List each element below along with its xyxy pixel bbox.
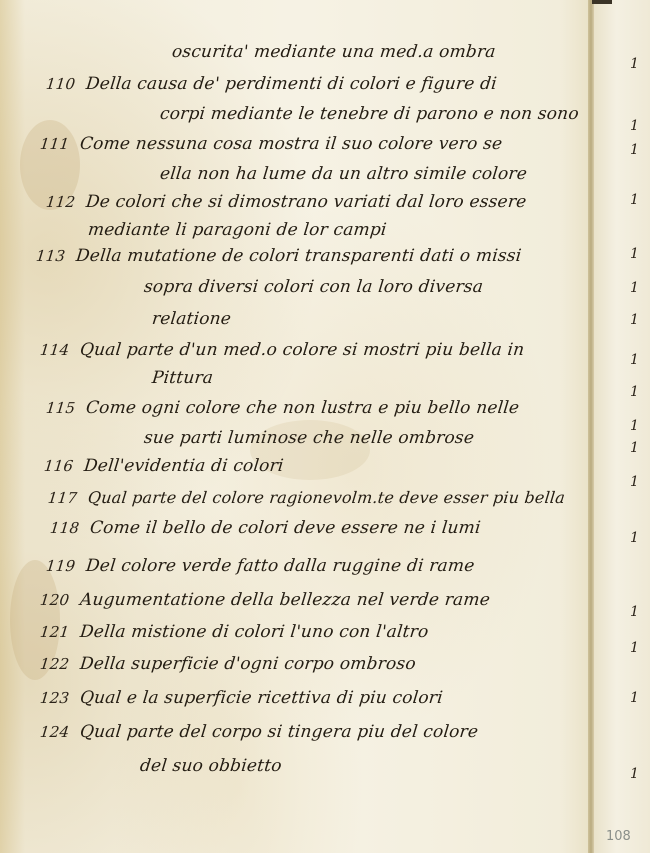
facing-page-number-stub: 1 xyxy=(630,418,639,434)
entry-continuation-line: del suo obbietto xyxy=(139,756,283,776)
entry-text: Qual parte del colore ragionevolm.te dev… xyxy=(87,488,566,507)
entry-text: Della causa de' perdimenti di colori e f… xyxy=(85,74,498,94)
entry-number: 112 xyxy=(45,193,87,211)
facing-page-number-stub: 1 xyxy=(630,118,639,134)
entry-number: 111 xyxy=(39,135,81,153)
entry-number: 116 xyxy=(43,457,85,475)
entry-continuation-line: corpi mediante le tenebre di parono e no… xyxy=(159,104,580,124)
entry-continuation-line: relatione xyxy=(151,309,232,329)
entry-continuation-line: mediante li paragoni de lor campi xyxy=(87,220,388,240)
entry-number: 118 xyxy=(49,519,91,537)
index-entry: 114Qual parte d'un med.o colore si mostr… xyxy=(39,340,525,360)
entry-continuation-line: oscurita' mediante una med.a ombra xyxy=(171,42,497,62)
entry-text: Come nessuna cosa mostra il suo colore v… xyxy=(79,134,503,154)
entry-number: 113 xyxy=(35,247,77,265)
index-entry: 118Come il bello de colori deve essere n… xyxy=(49,518,482,538)
index-entry: 111Come nessuna cosa mostra il suo color… xyxy=(39,134,503,154)
entry-number: 123 xyxy=(39,689,81,707)
index-entry: 122Della superficie d'ogni corpo ombroso xyxy=(39,654,417,674)
entry-continuation-line: sue parti luminose che nelle ombrose xyxy=(143,428,475,448)
facing-page-number-stub: 1 xyxy=(630,312,639,328)
entry-text: Dell'evidentia di colori xyxy=(83,456,285,476)
index-entry: 121Della mistione di colori l'uno con l'… xyxy=(39,622,430,642)
entry-text: Del colore verde fatto dalla ruggine di … xyxy=(85,556,476,576)
entry-text: Della superficie d'ogni corpo ombroso xyxy=(79,654,417,674)
entry-text: Qual parte d'un med.o colore si mostri p… xyxy=(79,340,525,360)
facing-page-number-stub: 1 xyxy=(630,142,639,158)
facing-page-number-stub: 1 xyxy=(630,766,639,782)
facing-page-edge xyxy=(594,0,650,853)
entry-number: 120 xyxy=(39,591,81,609)
index-entry: 113Della mutatione de colori transparent… xyxy=(35,246,522,266)
binding-shadow xyxy=(592,0,612,4)
facing-page-number-stub: 1 xyxy=(630,690,639,706)
entry-text: Della mistione di colori l'uno con l'alt… xyxy=(79,622,430,642)
index-entry: 115Come ogni colore che non lustra e piu… xyxy=(45,398,520,418)
index-entry: 123Qual e la superficie ricettiva di piu… xyxy=(39,688,444,708)
entry-continuation-line: Pittura xyxy=(151,368,214,388)
facing-page-number-stub: 1 xyxy=(630,604,639,620)
entry-text: Qual e la superficie ricettiva di piu co… xyxy=(79,688,444,708)
entry-text: Come il bello de colori deve essere ne i… xyxy=(89,518,482,538)
facing-page-number-stub: 1 xyxy=(630,530,639,546)
entry-number: 122 xyxy=(39,655,81,673)
index-entry: 120Augumentatione della bellezza nel ver… xyxy=(39,590,491,610)
facing-page-number-stub: 1 xyxy=(630,280,639,296)
facing-page-number-stub: 1 xyxy=(630,352,639,368)
entry-text: Augumentatione della bellezza nel verde … xyxy=(79,590,491,610)
entry-continuation-line: sopra diversi colori con la loro diversa xyxy=(143,277,484,297)
facing-page-number-stub: 1 xyxy=(630,440,639,456)
facing-page-number-stub: 1 xyxy=(630,640,639,656)
facing-page-number-stub: 1 xyxy=(630,384,639,400)
facing-page-number-stub: 1 xyxy=(630,246,639,262)
entry-text: De colori che si dimostrano variati dal … xyxy=(85,192,528,212)
folio-number: 108 xyxy=(606,829,631,844)
facing-page-number-stub: 1 xyxy=(630,474,639,490)
entry-text: Della mutatione de colori transparenti d… xyxy=(75,246,522,266)
index-entry: 112De colori che si dimostrano variati d… xyxy=(45,192,528,212)
entry-number: 119 xyxy=(45,557,87,575)
index-entry: 116Dell'evidentia di colori xyxy=(43,456,285,476)
entry-number: 115 xyxy=(45,399,87,417)
entry-number: 110 xyxy=(45,75,87,93)
index-entry: 124Qual parte del corpo si tingera piu d… xyxy=(39,722,479,742)
facing-page-number-stub: 1 xyxy=(630,192,639,208)
index-entry: 119Del colore verde fatto dalla ruggine … xyxy=(45,556,476,576)
entry-text: Come ogni colore che non lustra e piu be… xyxy=(85,398,520,418)
entry-number: 114 xyxy=(39,341,81,359)
entry-number: 117 xyxy=(47,489,89,507)
index-entry: 117Qual parte del colore ragionevolm.te … xyxy=(47,488,566,507)
entry-number: 124 xyxy=(39,723,81,741)
facing-page-number-stub: 1 xyxy=(630,56,639,72)
entry-continuation-line: ella non ha lume da un altro simile colo… xyxy=(159,164,528,184)
index-entry: 110Della causa de' perdimenti di colori … xyxy=(45,74,498,94)
entry-text: Qual parte del corpo si tingera piu del … xyxy=(79,722,479,742)
entry-number: 121 xyxy=(39,623,81,641)
